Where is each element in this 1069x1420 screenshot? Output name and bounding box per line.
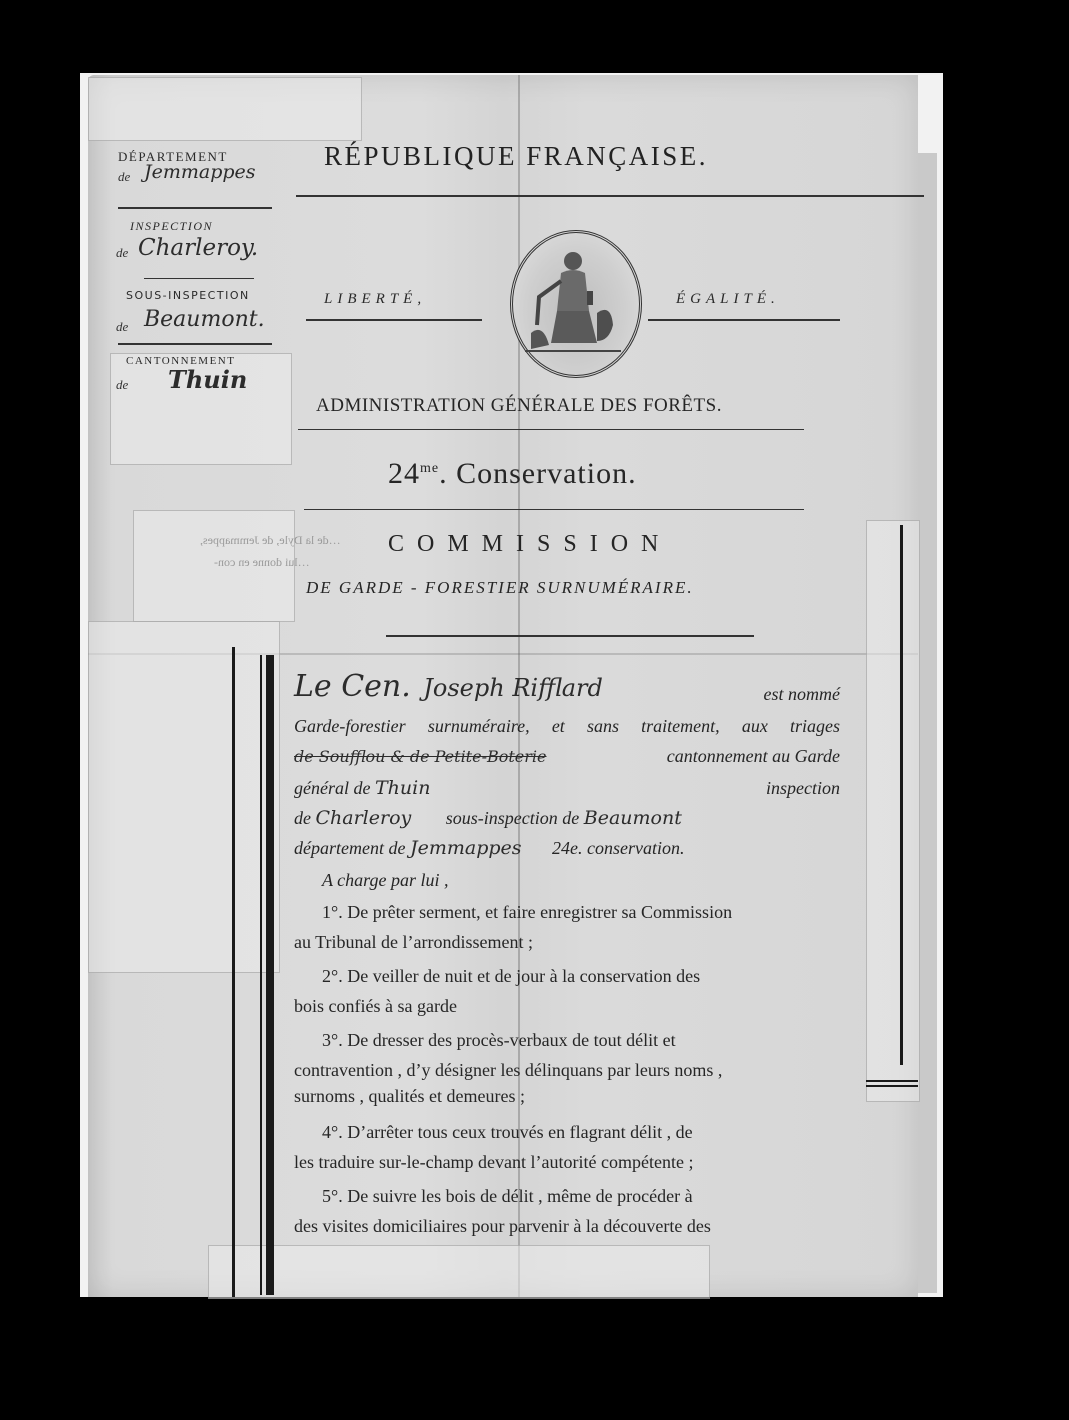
bleed-through-line: …de la Dyle, de Jemmappes,: [200, 533, 341, 548]
margin-bar: [900, 525, 903, 1065]
inspection-text: inspection: [766, 773, 840, 804]
sous-inspection-prefix: de: [116, 319, 128, 335]
margin-rule: [866, 1085, 918, 1087]
paper-patch: [88, 77, 362, 141]
body-line-4: général de Thuin inspection: [294, 773, 840, 804]
conservation-suffix: me: [420, 461, 439, 476]
appointee-name: Joseph Rifflard: [423, 674, 603, 702]
body-line-3: de Soufflou & de Petite-Boterie cantonne…: [294, 741, 840, 772]
commission-body: Le Cen. Joseph Rifflard est nommé Garde-…: [294, 671, 840, 1311]
item-1-rest: au Tribunal de l’arrondissement ;: [294, 927, 533, 958]
motto-liberte: LIBERTÉ,: [324, 291, 426, 308]
liberty-medallion-icon: [510, 230, 642, 378]
scanned-document: …de la Dyle, de Jemmappes, …lui donne en…: [80, 73, 943, 1297]
a-charge: A charge par lui ,: [322, 865, 449, 896]
de-text: de: [294, 808, 311, 828]
sous-inspection-label: SOUS-INSPECTION: [126, 289, 250, 302]
administration-heading: ADMINISTRATION GÉNÉRALE DES FORÊTS.: [316, 395, 722, 417]
commission-title: COMMISSION: [388, 531, 671, 558]
body-line-6: département de Jemmappes 24e. conservati…: [294, 833, 684, 864]
bleed-through-line: …lui donne en con-: [214, 555, 310, 570]
inspection-prefix: de: [116, 245, 128, 261]
margin-rule: [866, 1080, 918, 1082]
charleroy-handwritten: Charleroy: [316, 807, 412, 829]
commission-subtitle: DE GARDE - FORESTIER SURNUMÉRAIRE.: [306, 578, 694, 598]
item-5-rest: des visites domiciliaires pour parvenir …: [294, 1211, 711, 1242]
motto-rule: [306, 319, 482, 321]
item-1-first: 1°. De prêter serment, et faire enregist…: [322, 897, 732, 928]
margin-bar: [260, 655, 262, 1295]
item-2-first: 2°. De veiller de nuit et de jour à la c…: [322, 961, 700, 992]
inspection-value: Charleroy.: [138, 235, 258, 261]
body-line-2: Garde-forestier surnuméraire, et sans tr…: [294, 711, 840, 742]
paper-patch: [88, 621, 280, 973]
rule: [298, 429, 804, 430]
margin-bar: [232, 647, 235, 1297]
paper-patch: …de la Dyle, de Jemmappes, …lui donne en…: [133, 510, 295, 622]
conservation-number: 24: [388, 457, 420, 490]
est-nomme: est nommé: [764, 679, 840, 710]
rule: [304, 509, 804, 510]
cantonnement-prefix: de: [116, 377, 128, 393]
motto-egalite: ÉGALITÉ.: [676, 291, 780, 308]
document-title: RÉPUBLIQUE FRANÇAISE.: [324, 141, 708, 172]
sous-inspection-value: Beaumont.: [144, 307, 265, 332]
conservation-heading: 24me. Conservation.: [388, 457, 637, 491]
jemmappes-handwritten: Jemmappes: [410, 837, 522, 859]
paper-patch: [866, 520, 920, 1102]
motto-rule: [648, 319, 840, 321]
item-4-first: 4°. D’arrêter tous ceux trouvés en flagr…: [322, 1117, 693, 1148]
departement-prefix: de: [118, 169, 130, 185]
sous-inspection-text: sous-inspection de: [446, 808, 579, 828]
title-rule: [296, 195, 924, 197]
cantonnement-value: Thuin: [168, 365, 247, 394]
item-3-rest2: surnoms , qualités et demeures ;: [294, 1081, 525, 1112]
departement-value: Jemmappes: [144, 161, 256, 183]
item-5-first: 5°. De suivre les bois de délit , même d…: [322, 1181, 693, 1212]
item-2-rest: bois confiés à sa garde: [294, 991, 457, 1022]
item-4-rest: les traduire sur-le-champ devant l’autor…: [294, 1147, 693, 1178]
general-de: général de: [294, 778, 370, 798]
rule: [118, 207, 272, 209]
item-3-first: 3°. De dresser des procès-verbaux de tou…: [322, 1025, 676, 1056]
rule: [144, 278, 254, 279]
body-line-1: Le Cen. Joseph Rifflard est nommé: [294, 671, 840, 706]
margin-bar: [266, 655, 274, 1295]
ornamental-rule: [386, 635, 754, 637]
body-line-5: de Charleroy sous-inspection de Beaumont: [294, 803, 840, 834]
triages-handwritten: de Soufflou & de Petite-Boterie: [294, 747, 547, 766]
cantonnement-text: cantonnement au Garde: [667, 741, 840, 772]
inspection-label: INSPECTION: [130, 219, 213, 234]
document-page: …de la Dyle, de Jemmappes, …lui donne en…: [88, 75, 918, 1297]
rule: [118, 343, 272, 345]
conservation-label: . Conservation.: [439, 457, 636, 490]
conservation-text: 24e. conservation.: [552, 838, 684, 858]
departement-text: département de: [294, 838, 405, 858]
thuin-handwritten: Thuin: [375, 777, 430, 799]
le-cen: Le Cen.: [294, 669, 411, 704]
beaumont-handwritten: Beaumont: [584, 807, 682, 829]
